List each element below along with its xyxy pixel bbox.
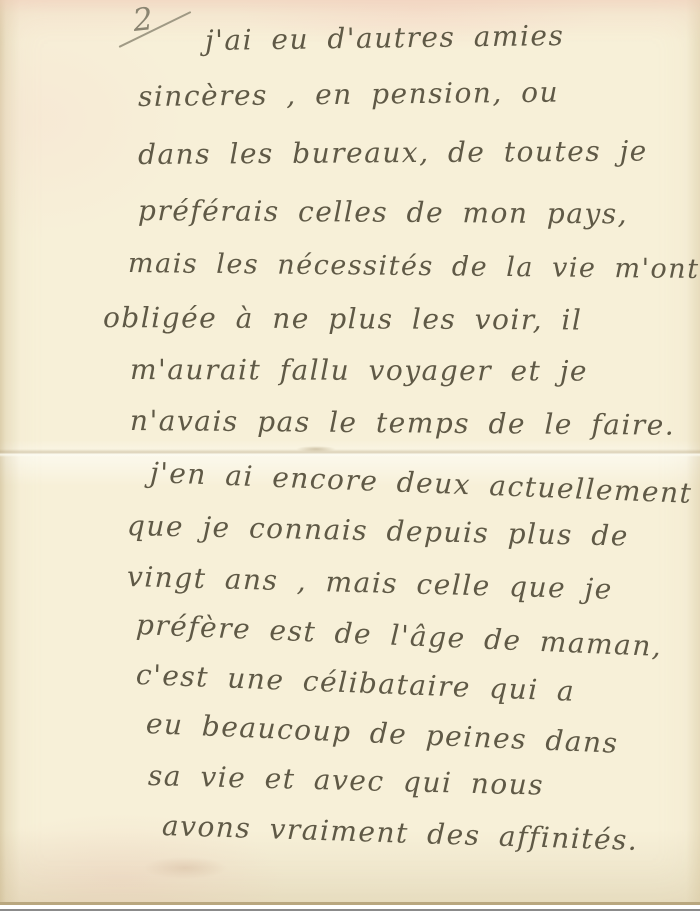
handwritten-line: dans les bureaux, de toutes je [138,134,648,171]
handwritten-line: sincères , en pension, ou [138,76,559,113]
handwritten-line: c'est une célibataire qui a [135,658,576,708]
page-number-underline [119,11,192,48]
handwritten-line: vingt ans , mais celle que je [127,560,614,606]
handwritten-line: préférais celles de mon pays, [138,194,628,230]
handwritten-line: que je connais depuis plus de [127,509,630,553]
fold-crease [0,449,700,457]
handwritten-line: avons vraiment des affinités. [161,809,638,857]
handwritten-line: m'aurait fallu voyager et je [130,353,588,388]
handwritten-line: j'ai eu d'autres amies [205,19,565,57]
handwritten-line: sa vie et avec qui nous [148,759,545,802]
handwritten-line: n'avais pas le temps de le faire. [130,404,676,442]
handwritten-line: j'en ai encore deux actuellement [149,456,693,510]
handwritten-line: eu beaucoup de peines dans [145,707,619,760]
handwritten-line: mais les nécessités de la vie m'ont [128,248,700,285]
fold-crease-nick [296,446,336,452]
letter-scan-page: 2 j'ai eu d'autres amies sincères , en p… [0,0,700,905]
handwritten-line: préfère est de l'âge de maman, [135,608,663,663]
scanner-bed-line [0,909,700,911]
handwritten-line: obligée à ne plus les voir, il [103,301,583,337]
